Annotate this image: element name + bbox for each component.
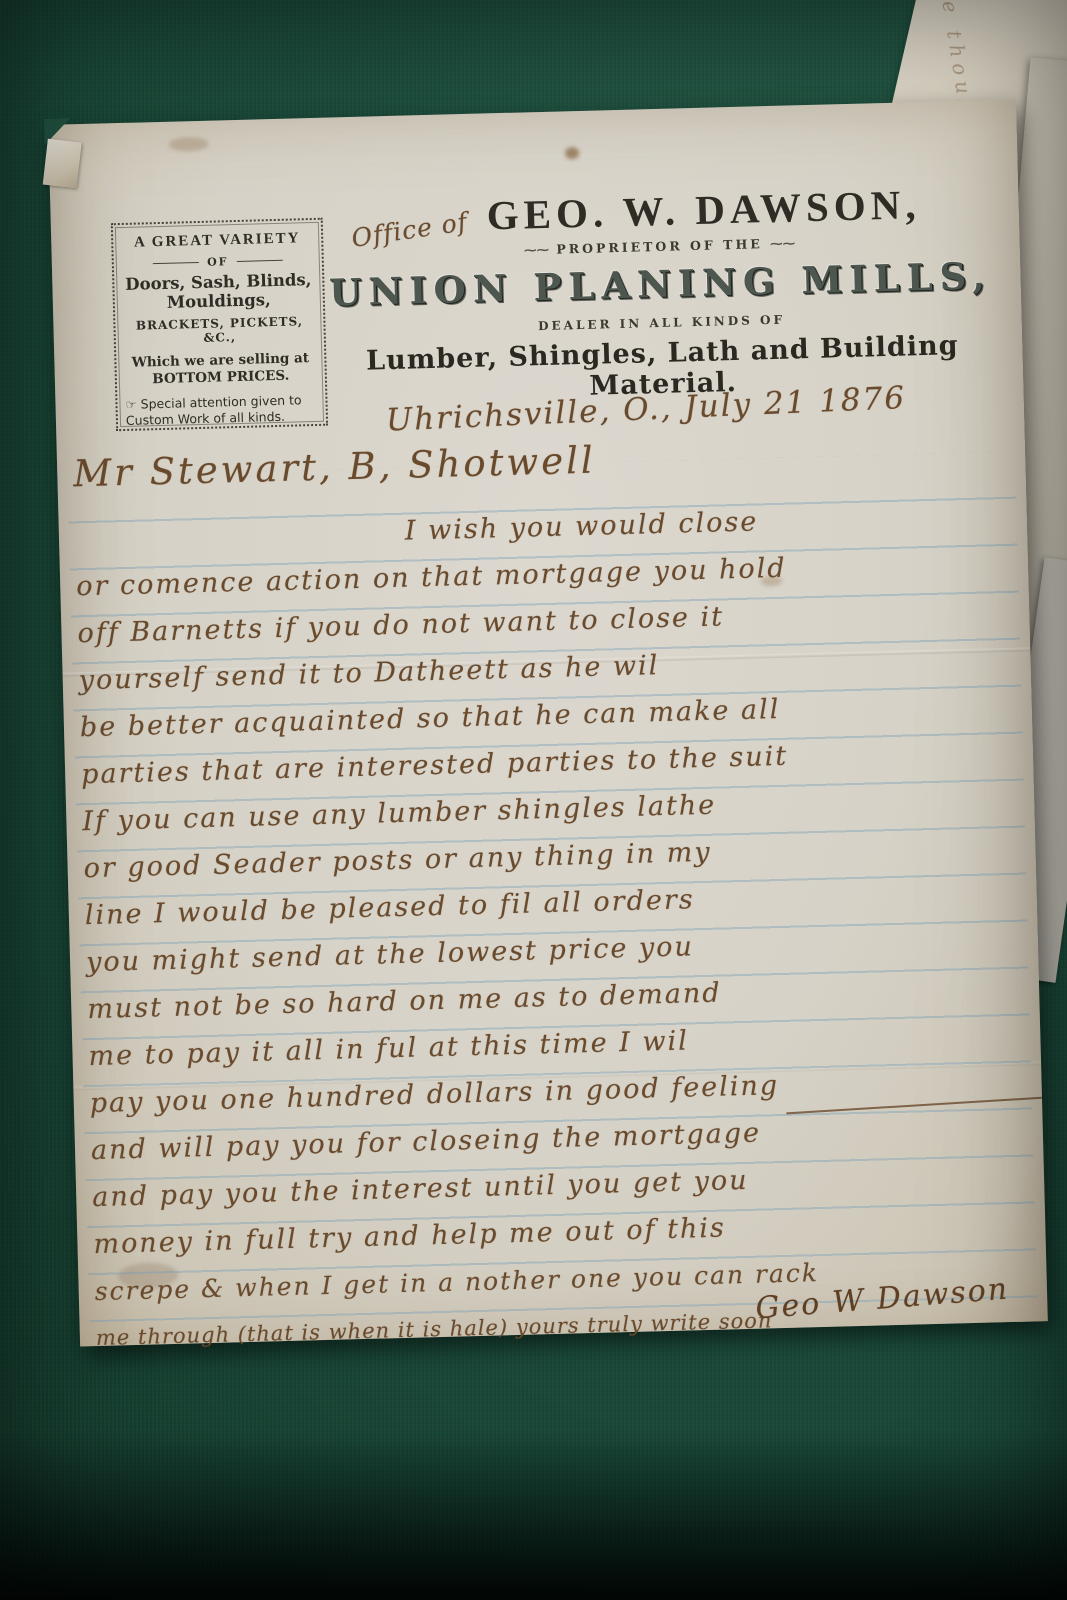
advert-items: Doors, Sash, Blinds, Mouldings, (122, 270, 315, 313)
photo-scene: one thousand A GREAT VARIETY OF Doors, S… (0, 0, 1067, 1600)
letter-body: I wish you would close or comence action… (74, 492, 1036, 1362)
fox-stain (565, 147, 579, 159)
rule-line (237, 260, 283, 262)
flourish-left: ⁓⁓ (524, 242, 549, 258)
advert-items-2: BRACKETS, PICKETS, &C., (123, 314, 316, 347)
advert-of: OF (207, 255, 229, 269)
business-name: UNION PLANING MILLS, (324, 253, 997, 315)
advert-special-note: ☞ Special attention given to Custom Work… (125, 392, 318, 430)
advert-of-row: OF (122, 253, 314, 271)
advert-title: A GREAT VARIETY (121, 230, 313, 252)
corner-fold (43, 139, 82, 189)
letterhead-side-advert: A GREAT VARIETY OF Doors, Sash, Blinds, … (111, 218, 328, 431)
flourish-right: ⁓⁓ (770, 235, 795, 251)
letter-sheet: A GREAT VARIETY OF Doors, Sash, Blinds, … (48, 100, 1048, 1347)
advert-selling: Which we are selling at BOTTOM PRICES. (124, 350, 317, 389)
proprietor-text: PROPRIETOR OF THE (556, 236, 763, 256)
fox-stain (169, 137, 209, 152)
rule-line (153, 262, 199, 264)
table-edge-shadow (0, 1430, 1067, 1600)
letterhead-heading: Office of GEO. W. DAWSON, ⁓⁓ PROPRIETOR … (322, 178, 999, 409)
